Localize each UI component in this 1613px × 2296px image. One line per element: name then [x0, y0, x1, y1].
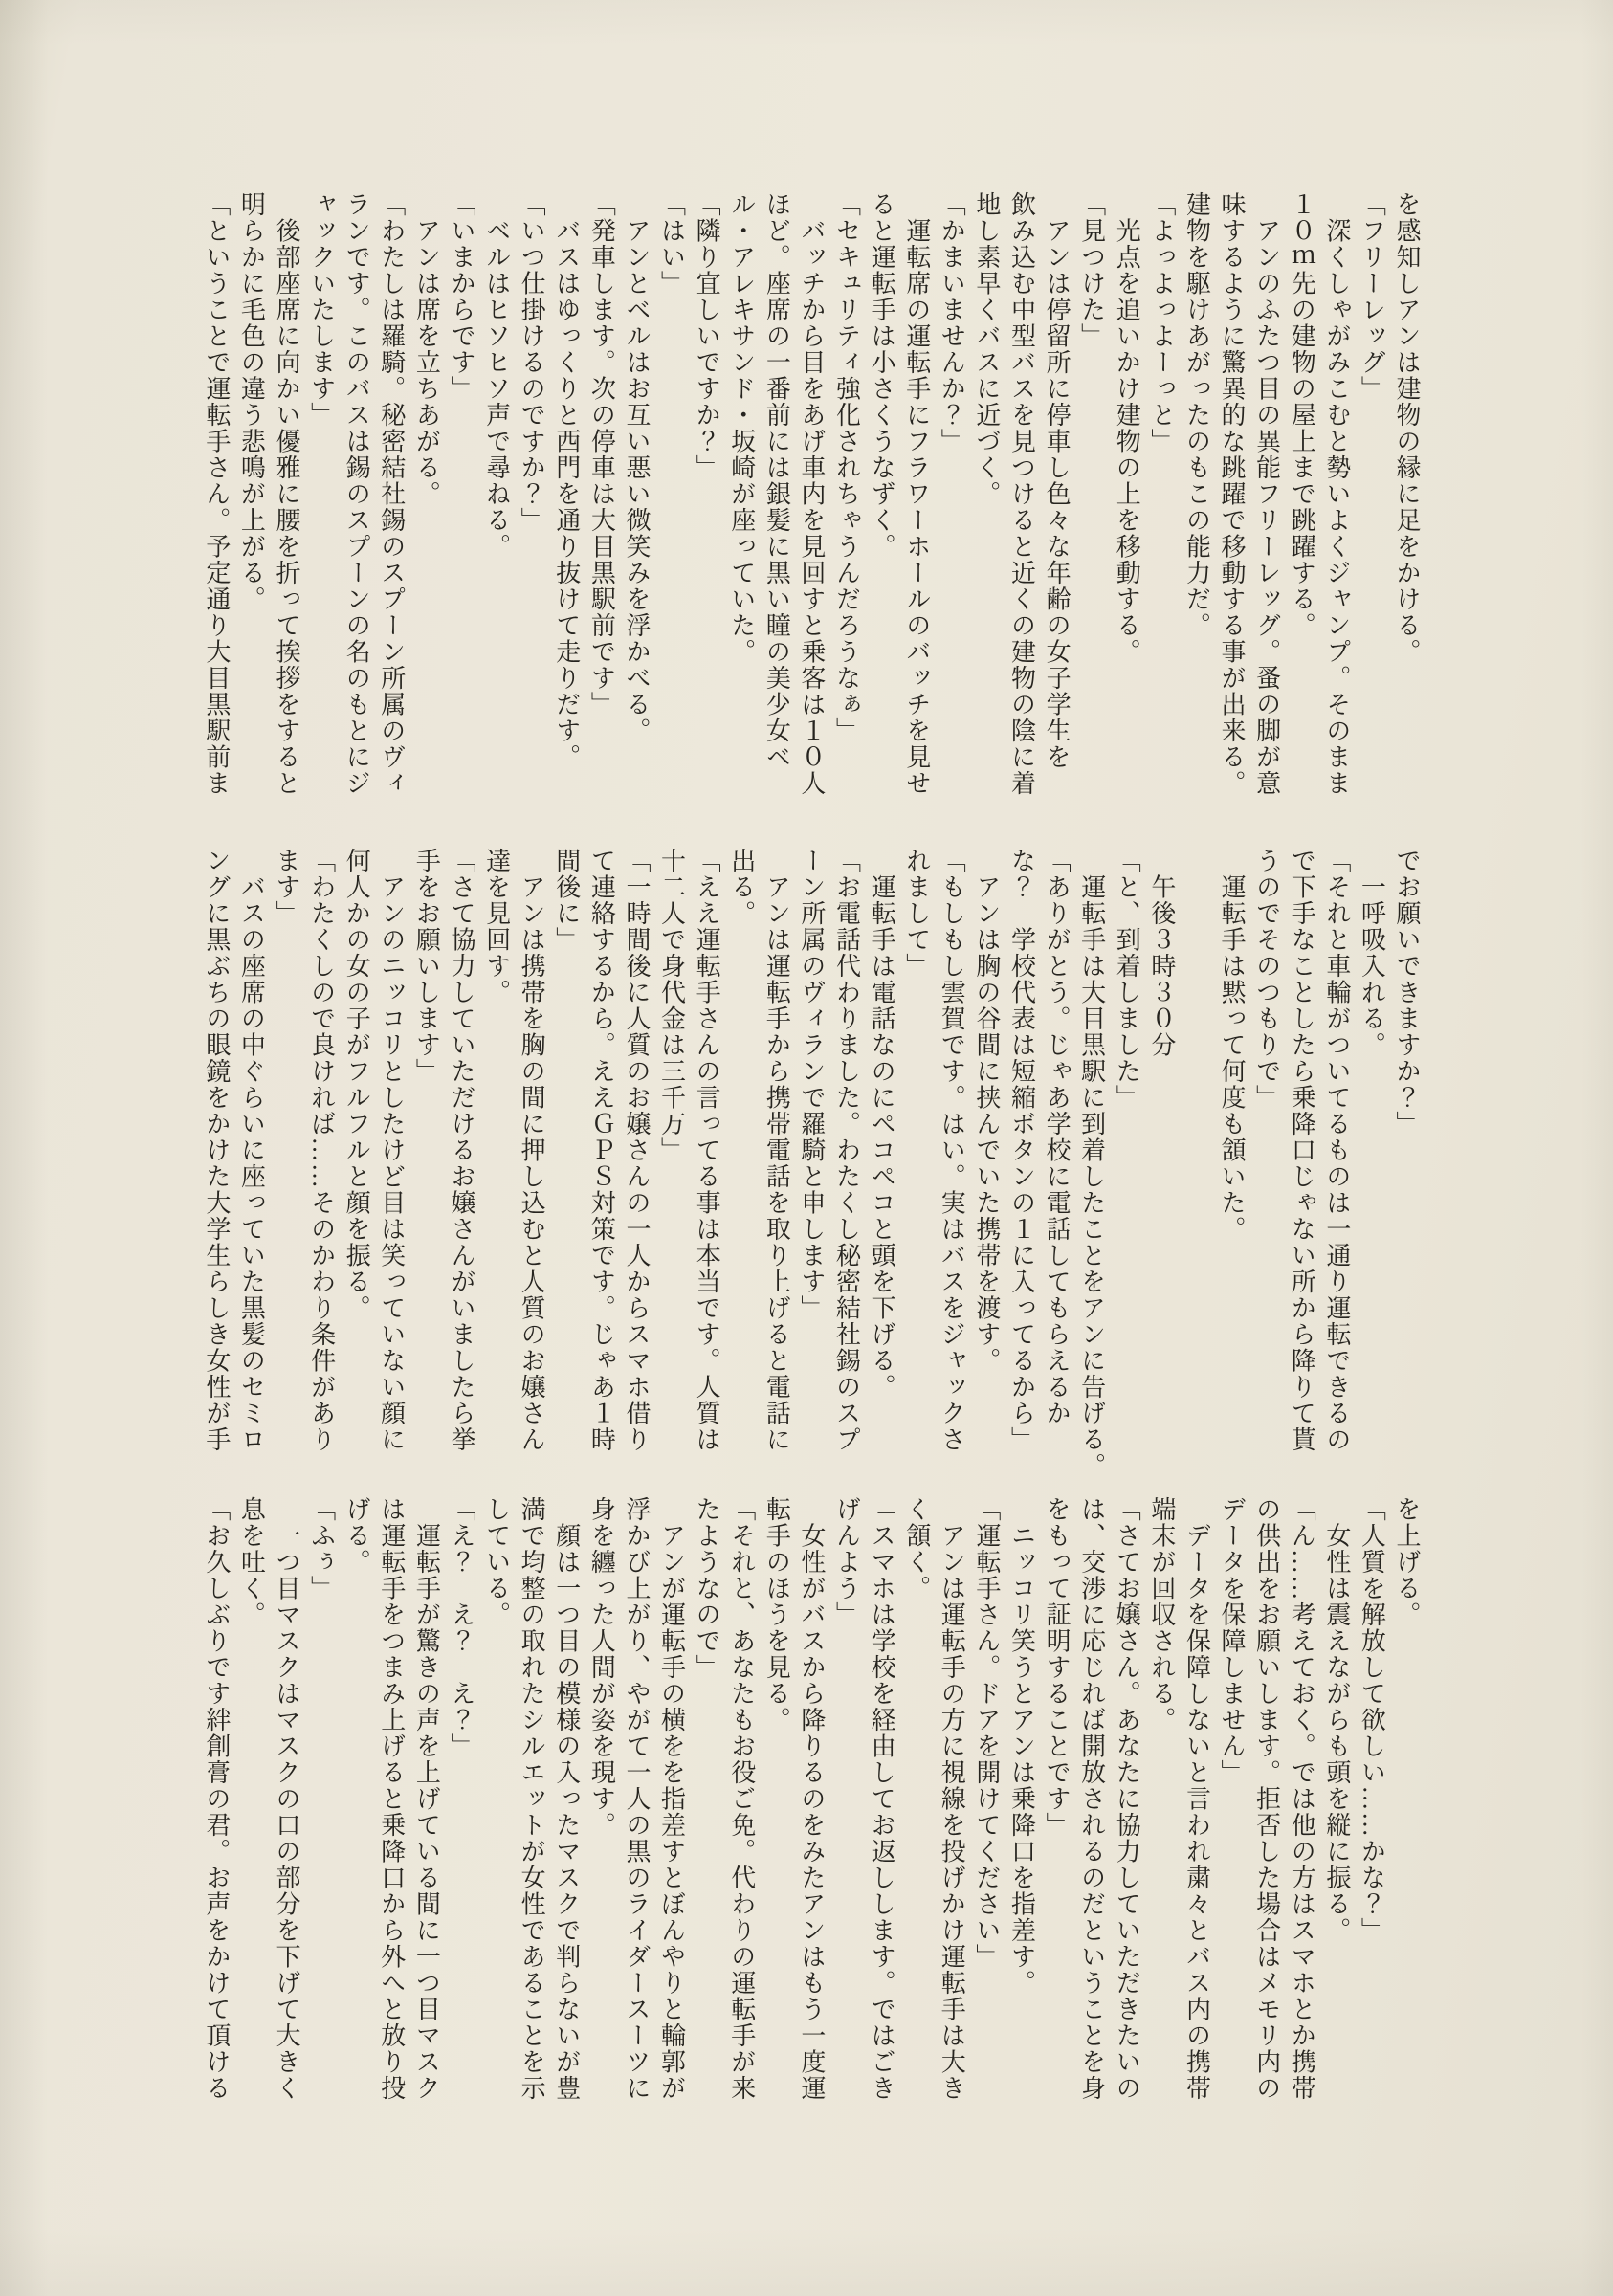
text-column: うのでそのつもりで」: [1248, 848, 1284, 1452]
text-column: 運転手が驚きの声を上げている間に一つ目マスク: [409, 1496, 444, 2101]
text-column: アンが運転手の横をを指差すとぼんやりと輪郭が: [653, 1496, 689, 2101]
text-column: 「ん……考えておく。では他の方はスマホとか携帯: [1284, 1496, 1319, 2101]
text-column: 出る。: [723, 848, 759, 1452]
text-column: 「隣り宜しいですか？」: [689, 191, 724, 796]
text-column: 「かまいませんか？」: [934, 191, 969, 796]
text-column: たようなので」: [689, 1496, 724, 2101]
text-column: 「と、到着しました」: [1109, 848, 1144, 1452]
text-column: 「さてお嬢さん。あなたに協力していただきたいの: [1109, 1496, 1144, 2101]
text-column: ャックいたします」: [303, 191, 339, 796]
text-column: 建物を駆けあがったのもこの能力だ。: [1179, 191, 1214, 796]
text-column: 「お久しぶりです絆創膏の君。お声をかけて頂ける: [198, 1496, 233, 2101]
text-column: 女性は震えながらも頭を縦に振る。: [1318, 1496, 1354, 2101]
text-column: 「わたくしので良ければ……そのかわり条件があり: [303, 848, 339, 1452]
text-column: 「いつ仕掛けるのですか？」: [514, 191, 549, 796]
text-column: でお願いできますか？」: [1388, 848, 1424, 1452]
text-column: な？ 学校代表は短縮ボタンの１に入ってるから」: [1004, 848, 1039, 1452]
text-column: 「さて協力していただけるお嬢さんがいましたら挙: [443, 848, 478, 1452]
text-column: げんよう」: [829, 1496, 864, 2101]
text-column: 「ということで運転手さん。予定通り大目黒駅前ま: [198, 191, 233, 796]
text-column: 十二人で身代金は三千万」: [653, 848, 689, 1452]
text-column: バスの座席の中ぐらいに座っていた黒髪のセミロ: [233, 848, 269, 1452]
text-column: 「よっよっよーっと」: [1143, 191, 1179, 796]
text-column: アンは運転手から携帯電話を取り上げると電話に: [759, 848, 794, 1452]
text-column: をもって証明することです」: [1038, 1496, 1073, 2101]
text-column: 「スマホは学校を経由してお返しします。ではごき: [864, 1496, 899, 2101]
text-column: 「セキュリティ強化されちゃうんだろうなぁ」: [829, 191, 864, 796]
text-column: [1179, 848, 1214, 1452]
text-column: 「え？ え？ え？」: [443, 1496, 478, 2101]
text-column: ほど。座席の一番前には銀髪に黒い瞳の美少女ベ: [759, 191, 794, 796]
text-column: アンは停留所に停車し色々な年齢の女子学生を: [1038, 191, 1073, 796]
text-column: 満で均整の取れたシルエットが女性であることを示: [514, 1496, 549, 2101]
text-column: 「それと、あなたもお役ご免。代わりの運転手が来: [723, 1496, 759, 2101]
text-column: アンは運転手の方に視線を投げかけ運転手は大き: [934, 1496, 969, 2101]
text-column: 「もしもし雲賀です。はい。実はバスをジャックさ: [934, 848, 969, 1452]
text-column: １０ｍ先の建物の屋上まで跳躍する。: [1284, 191, 1319, 796]
text-column: 「ふぅ」: [303, 1496, 339, 2101]
text-column: ル・アレキサンド・坂崎が座っていた。: [723, 191, 759, 796]
text-column: 深くしゃがみこむと勢いよくジャンプ。そのまま: [1318, 191, 1354, 796]
text-column: 「それと車輪がついてるものは一通り運転できるの: [1318, 848, 1354, 1452]
text-column: 手をお願いします」: [409, 848, 444, 1452]
text-column: 光点を追いかけ建物の上を移動する。: [1109, 191, 1144, 796]
text-column: 「一時間後に人質のお嬢さんの一人からスマホ借り: [618, 848, 653, 1452]
text-column: を上げる。: [1388, 1496, 1424, 2101]
text-column: の供出をお願いします。拒否した場合はメモリ内の: [1248, 1496, 1284, 2101]
text-column: 午後３時３０分: [1143, 848, 1179, 1452]
text-column: 運転手は大目黒駅に到着したことをアンに告げる。: [1073, 848, 1109, 1452]
text-band-bottom: を上げる。「人質を解放して欲しい……かな？」 女性は震えながらも頭を縦に振る。「…: [198, 1496, 1424, 2101]
text-column: 「わたしは羅騎。秘密結社錫のスプーン所属のヴィ: [373, 191, 409, 796]
text-column: アンは席を立ちあがる。: [409, 191, 444, 796]
text-column: 「ええ運転手さんの言ってる事は本当です。人質は: [689, 848, 724, 1452]
text-column: を感知しアンは建物の縁に足をかける。: [1388, 191, 1424, 796]
text-column: 「人質を解放して欲しい……かな？」: [1354, 1496, 1389, 2101]
text-column: 「はい」: [653, 191, 689, 796]
text-column: 達を見回す。: [478, 848, 514, 1452]
text-column: ングに黒ぶちの眼鏡をかけた大学生らしき女性が手: [198, 848, 233, 1452]
text-column: ると運転手は小さくうなずく。: [864, 191, 899, 796]
text-column: れまして」: [898, 848, 934, 1452]
text-column: 間後に」: [548, 848, 584, 1452]
text-band-top: を感知しアンは建物の縁に足をかける。「フリーレッグ」 深くしゃがみこむと勢いよく…: [198, 191, 1424, 796]
text-column: ます」: [268, 848, 303, 1452]
text-column: ニッコリ笑うとアンは乗降口を指差す。: [1004, 1496, 1039, 2101]
text-column: 端末が回収される。: [1143, 1496, 1179, 2101]
text-column: 味するように驚異的な跳躍で移動する事が出来る。: [1213, 191, 1248, 796]
text-column: 一つ目マスクはマスクの口の部分を下げて大きく: [268, 1496, 303, 2101]
text-column: 運転手は電話なのにペコペコと頭を下げる。: [864, 848, 899, 1452]
text-column: している。: [478, 1496, 514, 2101]
text-column: 運転手は黙って何度も頷いた。: [1213, 848, 1248, 1452]
text-column: 飲み込む中型バスを見つけると近くの建物の陰に着: [1004, 191, 1039, 796]
text-column: ーン所属のヴィランで羅騎と申します」: [793, 848, 829, 1452]
text-column: 身を纏った人間が姿を現す。: [584, 1496, 619, 2101]
text-column: 「運転手さん。ドアを開けてください」: [968, 1496, 1004, 2101]
text-column: で下手なことしたら乗降口じゃない所から降りて貰: [1284, 848, 1319, 1452]
text-column: 浮かび上がり、やがて一人の黒のライダースーツに: [618, 1496, 653, 2101]
text-column: 何人かの女の子がフルフルと顔を振る。: [339, 848, 374, 1452]
text-column: 「お電話代わりました。わたくし秘密結社錫のスプ: [829, 848, 864, 1452]
text-column: 転手のほうを見る。: [759, 1496, 794, 2101]
text-column: アンは携帯を胸の間に押し込むと人質のお嬢さん: [514, 848, 549, 1452]
text-column: は、交渉に応じれば開放されるのだということを身: [1073, 1496, 1109, 2101]
text-column: 「見つけた」: [1073, 191, 1109, 796]
text-column: アンのふたつ目の異能フリーレッグ。蚤の脚が意: [1248, 191, 1284, 796]
text-band-middle: でお願いできますか？」 一呼吸入れる。「それと車輪がついてるものは一通り運転でき…: [198, 848, 1424, 1452]
text-column: て連絡するから。ええＧＰＳ対策です。じゃあ１時: [584, 848, 619, 1452]
text-column: 「発車します。次の停車は大目黒駅前です」: [584, 191, 619, 796]
text-column: 後部座席に向かい優雅に腰を折って挨拶をすると: [268, 191, 303, 796]
text-column: 地し素早くバスに近づく。: [968, 191, 1004, 796]
text-column: は運転手をつまみ上げると乗降口から外へと放り投: [373, 1496, 409, 2101]
text-column: バッチから目をあげ車内を見回すと乗客は１０人: [793, 191, 829, 796]
text-column: ベルはヒソヒソ声で尋ねる。: [478, 191, 514, 796]
text-column: 一呼吸入れる。: [1354, 848, 1389, 1452]
text-column: 顔は一つ目の模様の入ったマスクで判らないが豊: [548, 1496, 584, 2101]
text-column: 息を吐く。: [233, 1496, 269, 2101]
text-column: 明らかに毛色の違う悲鳴が上がる。: [233, 191, 269, 796]
text-column: げる。: [339, 1496, 374, 2101]
scanned-novel-page: を感知しアンは建物の縁に足をかける。「フリーレッグ」 深くしゃがみこむと勢いよく…: [0, 0, 1613, 2296]
text-column: 「ありがとう。じゃあ学校に電話してもらえるか: [1038, 848, 1073, 1452]
text-column: 運転席の運転手にフラワーホールのバッチを見せ: [898, 191, 934, 796]
text-column: アンは胸の谷間に挟んでいた携帯を渡す。: [968, 848, 1004, 1452]
text-column: く頷く。: [898, 1496, 934, 2101]
text-column: 「フリーレッグ」: [1354, 191, 1389, 796]
text-column: バスはゆっくりと西門を通り抜けて走りだす。: [548, 191, 584, 796]
text-column: 女性がバスから降りるのをみたアンはもう一度運: [793, 1496, 829, 2101]
text-column: アンとベルはお互い悪い微笑みを浮かべる。: [618, 191, 653, 796]
text-column: ランです。このバスは錫のスプーンの名のもとにジ: [339, 191, 374, 796]
text-column: アンのニッコリとしたけど目は笑っていない顔に: [373, 848, 409, 1452]
text-column: 「いまからです」: [443, 191, 478, 796]
text-column: データを保障しません」: [1213, 1496, 1248, 2101]
text-column: データを保障しないと言われ粛々とバス内の携帯: [1179, 1496, 1214, 2101]
